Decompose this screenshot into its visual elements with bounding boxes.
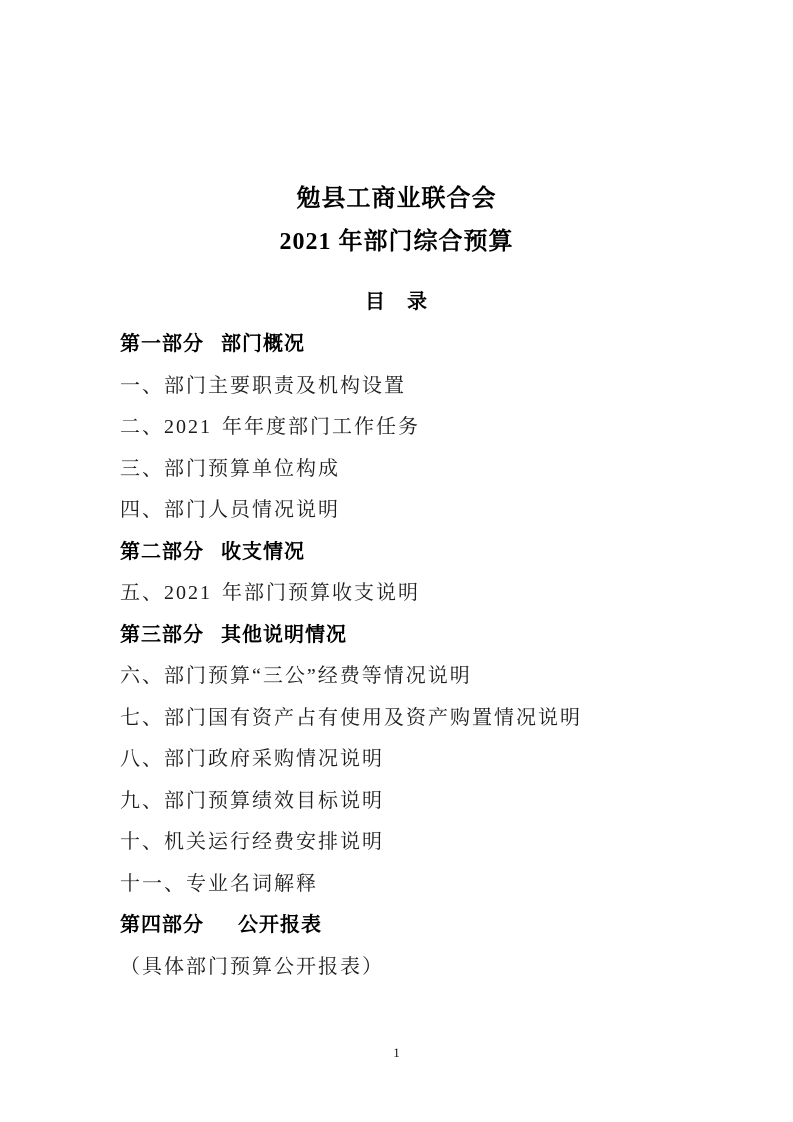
toc-item-5: 五、2021 年部门预算收支说明 — [120, 570, 733, 612]
toc-list: 第一部分 部门概况 一、部门主要职责及机构设置 二、2021 年年度部门工作任务… — [0, 321, 793, 985]
toc-item-4: 四、部门人员情况说明 — [120, 487, 733, 529]
page-number: 1 — [0, 1046, 793, 1060]
toc-item-11: 十一、专业名词解释 — [120, 861, 733, 903]
toc-item-9: 九、部门预算绩效目标说明 — [120, 778, 733, 820]
toc-item-6: 六、部门预算“三公”经费等情况说明 — [120, 653, 733, 695]
toc-item-8: 八、部门政府采购情况说明 — [120, 736, 733, 778]
document-page: 勉县工商业联合会 2021 年部门综合预算 目 录 第一部分 部门概况 一、部门… — [0, 0, 793, 1122]
toc-item-1: 一、部门主要职责及机构设置 — [120, 363, 733, 405]
toc-note-report-tables: （具体部门预算公开报表） — [120, 944, 733, 986]
toc-item-2: 二、2021 年年度部门工作任务 — [120, 404, 733, 446]
toc-heading: 目 录 — [0, 291, 793, 313]
toc-section-4: 第四部分 公开报表 — [120, 902, 733, 944]
toc-section-3: 第三部分 其他说明情况 — [120, 612, 733, 654]
toc-section-2: 第二部分 收支情况 — [120, 529, 733, 571]
toc-item-3: 三、部门预算单位构成 — [120, 446, 733, 488]
toc-item-10: 十、机关运行经费安排说明 — [120, 819, 733, 861]
document-header: 勉县工商业联合会 2021 年部门综合预算 — [0, 0, 793, 255]
doc-title-line1: 勉县工商业联合会 — [0, 186, 793, 212]
toc-section-1: 第一部分 部门概况 — [120, 321, 733, 363]
doc-title-line2: 2021 年部门综合预算 — [0, 229, 793, 255]
toc-item-7: 七、部门国有资产占有使用及资产购置情况说明 — [120, 695, 733, 737]
